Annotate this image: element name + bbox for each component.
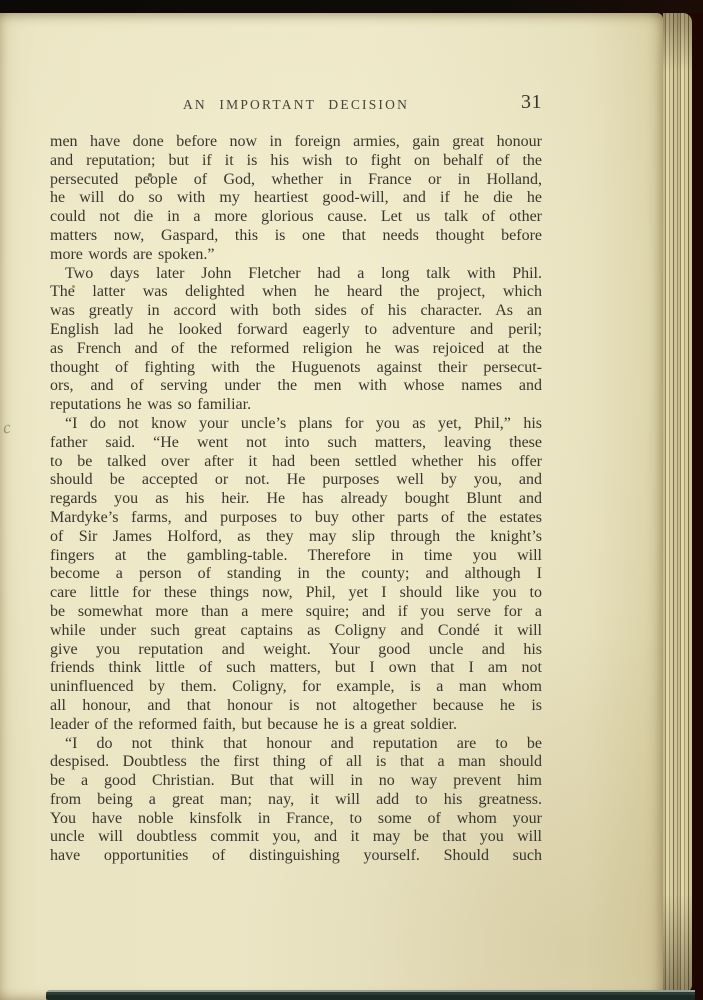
text-line: was greatly in accord with both sides of… (50, 302, 542, 321)
text-line: give you reputation and weight. Your goo… (50, 641, 542, 660)
text-line: all honour, and that honour is not altog… (50, 697, 542, 716)
page-number: 31 (521, 93, 542, 111)
text-line: fingers at the gambling-table. Therefore… (50, 547, 542, 566)
text-line: uninfluenced by them. Coligny, for examp… (50, 678, 542, 697)
text-line: care little for these things now, Phil, … (50, 584, 542, 603)
text-line: while under such great captains as Colig… (50, 622, 542, 641)
text-line: be somewhat more than a mere squire; and… (50, 603, 542, 622)
top-shadow-edge (0, 0, 703, 13)
text-line: he will do so with my heartiest good-wil… (50, 189, 542, 208)
text-line: more words are spoken.” (50, 246, 542, 265)
text-line: “I do not know your uncle’s plans for yo… (50, 415, 542, 434)
text-line: be a good Christian. But that will in no… (50, 772, 542, 791)
text-line: You have noble kinsfolk in France, to so… (50, 810, 542, 829)
running-header: AN IMPORTANT DECISION 31 (50, 95, 542, 117)
text-line: of Sir James Holford, as they may slip t… (50, 528, 542, 547)
text-line: thought of fighting with the Huguenots a… (50, 359, 542, 378)
book-photo: AN IMPORTANT DECISION 31 men have done b… (0, 0, 703, 1000)
text-line: regards you as his heir. He has already … (50, 490, 542, 509)
dust-speck (72, 285, 75, 288)
text-line: and reputation; but if it is his wish to… (50, 152, 542, 171)
text-line: become a person of standing in the count… (50, 565, 542, 584)
page-edge-stack (663, 13, 692, 992)
text-line: as French and of the reformed religion h… (50, 340, 542, 359)
text-line: The latter was delighted when he heard t… (50, 283, 542, 302)
text-line: Two days later John Fletcher had a long … (50, 265, 542, 284)
text-line: to be talked over after it had been sett… (50, 453, 542, 472)
text-line: could not die in a more glorious cause. … (50, 208, 542, 227)
dust-speck (148, 173, 152, 177)
text-line: “I do not think that honour and reputati… (50, 735, 542, 754)
text-line: reputations he was so familiar. (50, 396, 542, 415)
text-line: father said. “He went not into such matt… (50, 434, 542, 453)
paragraph: men have done before now in foreign armi… (50, 133, 542, 265)
paragraph: “I do not know your uncle’s plans for yo… (50, 415, 542, 735)
text-column: men have done before now in foreign armi… (50, 133, 542, 866)
text-line: from being a great man; nay, it will add… (50, 791, 542, 810)
paragraph: “I do not think that honour and reputati… (50, 735, 542, 867)
text-line: have opportunities of distinguishing you… (50, 847, 542, 866)
text-line: uncle will doubtless commit you, and it … (50, 828, 542, 847)
text-line: ors, and of serving under the men with w… (50, 377, 542, 396)
bottom-cover-edge (46, 990, 695, 1000)
text-line: friends think little of such matters, bu… (50, 659, 542, 678)
paragraph: Two days later John Fletcher had a long … (50, 265, 542, 415)
text-line: men have done before now in foreign armi… (50, 133, 542, 152)
text-line: persecuted people of God, whether in Fra… (50, 171, 542, 190)
text-line: leader of the reformed faith, but becaus… (50, 716, 542, 735)
text-line: should be accepted or not. He purposes w… (50, 471, 542, 490)
text-line: Mardyke’s farms, and purposes to buy oth… (50, 509, 542, 528)
book-page: AN IMPORTANT DECISION 31 men have done b… (0, 13, 663, 1000)
chapter-running-title: AN IMPORTANT DECISION (50, 95, 542, 112)
text-line: English lad he looked forward eagerly to… (50, 321, 542, 340)
text-line: despised. Doubtless the first thing of a… (50, 753, 542, 772)
text-line: matters now, Gaspard, this is one that n… (50, 227, 542, 246)
margin-pencil-mark: c (1, 417, 12, 438)
